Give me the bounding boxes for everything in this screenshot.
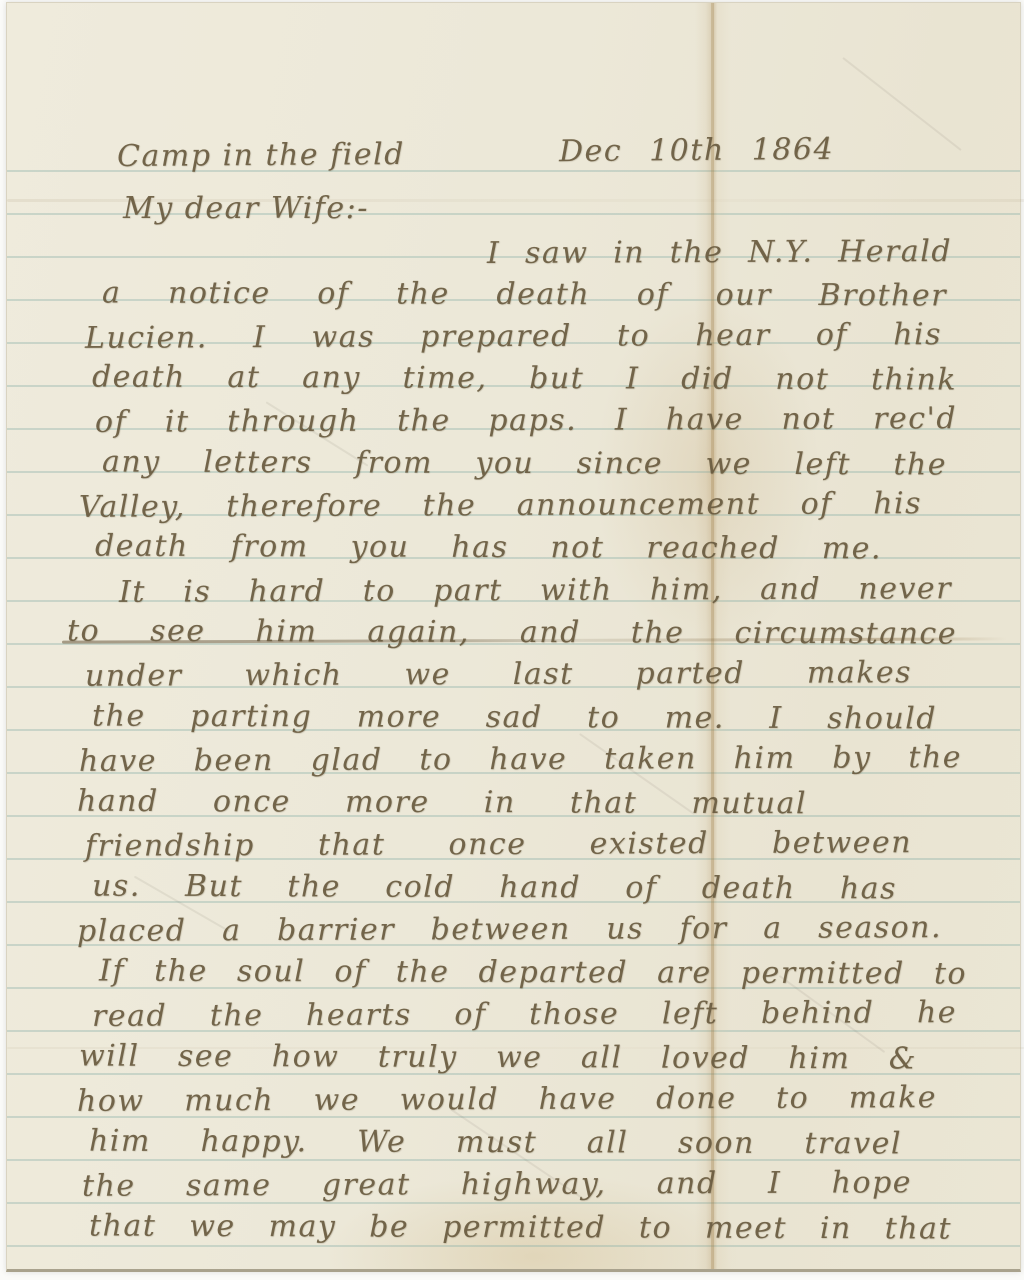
letter-line: death from you has not reached me. xyxy=(95,527,882,570)
letter-line: If the soul of the departed are permitte… xyxy=(99,951,967,994)
letter-line: will see how truly we all loved him & xyxy=(79,1037,917,1080)
letter-line: to see him again, and the circumstance xyxy=(67,611,957,654)
letter-line: I saw in the N.Y. Herald xyxy=(487,232,952,274)
letter-line: Valley, therefore the announcement of hi… xyxy=(79,484,922,528)
letter-line: Lucien. I was prepared to hear of his xyxy=(85,315,942,359)
letter-line: of it through the paps. I have not rec'd xyxy=(95,399,957,443)
letter-line: him happy. We must all soon travel xyxy=(89,1122,902,1165)
letter-line: how much we would have done to make xyxy=(77,1078,937,1122)
letter-line: under which we last parted makes xyxy=(85,653,912,697)
letter-line: friendship that once existed between xyxy=(85,823,912,867)
letter-line: that we may be permitted to meet in that xyxy=(89,1206,952,1249)
letter-line: read the hearts of those left behind he xyxy=(92,993,957,1037)
letter-line: It is hard to part with him, and never xyxy=(119,569,952,613)
letter-line: any letters from you since we left the xyxy=(102,443,947,486)
letter-line: a notice of the death of our Brother xyxy=(102,274,947,317)
dateline-date: Dec 10th 1864 xyxy=(559,130,834,172)
dateline-place: Camp in the field xyxy=(117,135,405,177)
letter-line: placed a barrier between us for a season… xyxy=(77,908,942,952)
letter-line: death at any time, but I did not think xyxy=(92,357,957,400)
letter-scan: Camp in the field Dec 10th 1864 My dear … xyxy=(0,0,1024,1280)
letter-line: the same great highway, and I hope xyxy=(82,1163,912,1207)
letter-line: the parting more sad to me. I should xyxy=(92,697,937,740)
letter-line: have been glad to have taken him by the xyxy=(79,738,962,782)
letter-line: us. But the cold hand of death has xyxy=(92,867,897,910)
letter-page: Camp in the field Dec 10th 1864 My dear … xyxy=(6,2,1021,1272)
letter-line: hand once more in that mutual xyxy=(77,782,807,825)
salutation: My dear Wife:- xyxy=(123,189,369,229)
